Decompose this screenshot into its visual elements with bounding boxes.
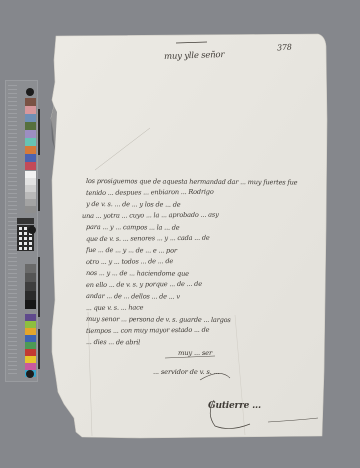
closing-line-2: ... servidor de v. s. ...: [153, 368, 219, 376]
signature: Gutierre ...: [208, 401, 261, 411]
manuscript-scan: 378 muy ylle señor los prosiguemos que d…: [0, 0, 360, 468]
letter-heading: muy ylle señor: [164, 50, 225, 62]
folio-number: 378: [277, 42, 292, 52]
closing-line-1: muy ... ser: [178, 349, 212, 357]
